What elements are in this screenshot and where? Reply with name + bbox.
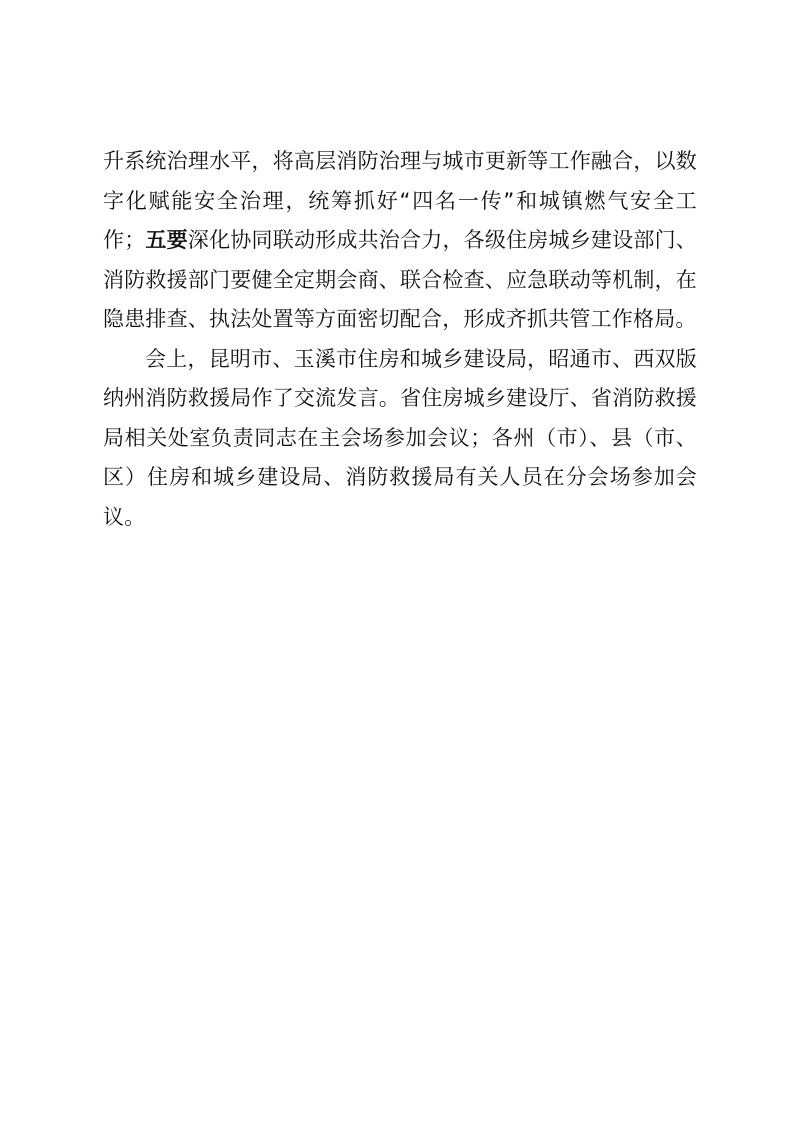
paragraph-1: 升系统治理水平，将高层消防治理与城市更新等工作融合，以数字化赋能安全治理，统筹抓…: [103, 142, 697, 340]
paragraph-2-text: 会上，昆明市、玉溪市住房和城乡建设局，昭通市、西双版纳州消防救援局作了交流发言。…: [103, 347, 697, 529]
paragraph-2: 会上，昆明市、玉溪市住房和城乡建设局，昭通市、西双版纳州消防救援局作了交流发言。…: [103, 340, 697, 538]
document-page: 升系统治理水平，将高层消防治理与城市更新等工作融合，以数字化赋能安全治理，统筹抓…: [103, 142, 697, 537]
bold-label-five: 五要: [145, 228, 187, 252]
paragraph-1-continued-text: 深化协同联动形成共治合力，各级住房城乡建设部门、消防救援部门要健全定期会商、联合…: [103, 228, 697, 331]
